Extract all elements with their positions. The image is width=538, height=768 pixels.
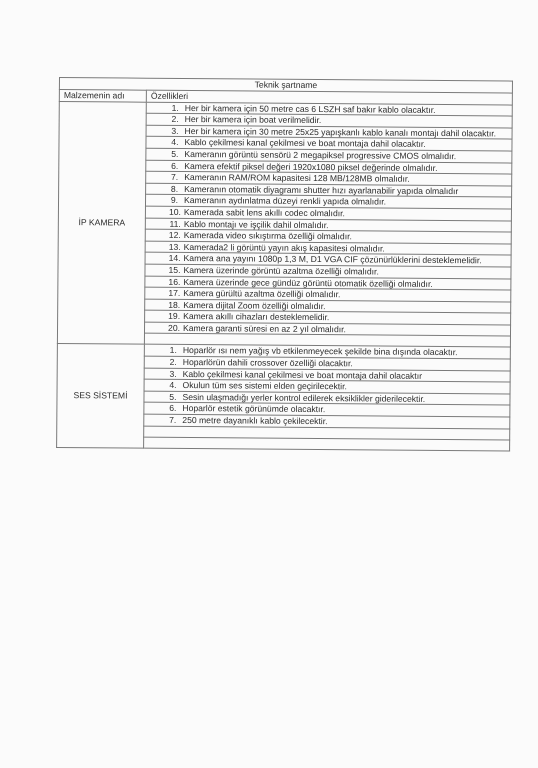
item-number: 13. [146, 241, 184, 252]
empty-cell [144, 437, 510, 451]
item-number: 15. [145, 265, 183, 276]
material-name-cell: SES SİSTEMİ [57, 344, 145, 448]
item-number: 6. [146, 160, 184, 171]
item-number: 3. [147, 125, 185, 136]
item-number: 9. [146, 195, 184, 206]
specification-table: Teknik şartname Malzemenin adı Özellikle… [56, 77, 513, 451]
item-number: 19. [145, 311, 183, 322]
item-number: 4. [145, 380, 183, 391]
item-number: 2. [145, 357, 183, 368]
item-number: 8. [146, 183, 184, 194]
material-name-cell: İP KAMERA [57, 101, 146, 345]
item-number: 3. [145, 368, 183, 379]
table-body: İP KAMERA1.Her bir kamera için 50 metre … [57, 101, 513, 451]
column-header-material: Malzemenin adı [59, 90, 146, 102]
item-number: 1. [145, 345, 183, 356]
item-number: 11. [146, 218, 184, 229]
item-number: 18. [145, 299, 183, 310]
item-number: 5. [146, 149, 184, 160]
item-number: 16. [145, 276, 183, 287]
specification-document: Teknik şartname Malzemenin adı Özellikle… [56, 77, 513, 451]
item-number: 7. [146, 172, 184, 183]
item-number: 4. [146, 137, 184, 148]
item-number: 5. [144, 392, 182, 403]
item-number: 20. [145, 323, 183, 334]
item-number: 17. [145, 288, 183, 299]
item-number: 2. [147, 114, 185, 125]
item-number: 1. [147, 102, 185, 113]
item-number: 6. [144, 403, 182, 414]
table-row: SES SİSTEMİ1.Hoparlör ısı nem yağış vb e… [57, 344, 510, 359]
item-number: 14. [146, 253, 184, 264]
item-number: 10. [146, 207, 184, 218]
table-row: İP KAMERA1.Her bir kamera için 50 metre … [59, 101, 512, 116]
item-number: 12. [146, 230, 184, 241]
item-number: 7. [144, 415, 182, 426]
